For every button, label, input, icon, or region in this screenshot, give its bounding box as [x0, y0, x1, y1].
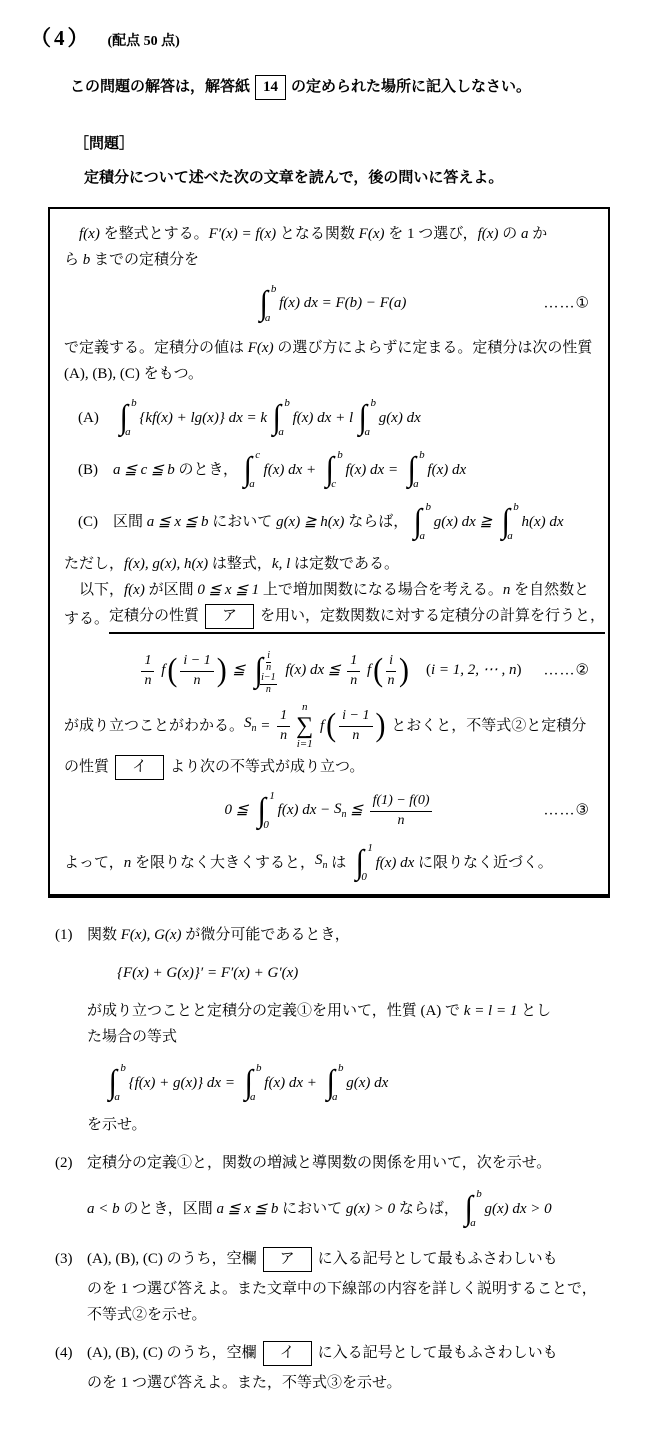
text-run: か [528, 221, 547, 247]
denominator: n [180, 672, 213, 689]
text-line: (A), (B), (C) をもつ。 [64, 361, 596, 387]
text-run: が微分可能であるとき， [182, 922, 350, 948]
open-paren: ( [373, 655, 383, 687]
text-run: において [278, 1196, 346, 1222]
math-run: f [316, 713, 324, 739]
math-run: f [363, 662, 371, 679]
text-run: とし [517, 998, 551, 1024]
numerator: i − 1 [339, 708, 372, 726]
math-run: f(x) dx + [261, 1070, 321, 1096]
question-text: (A), (B), (C) のうち，空欄アに入る記号として最もふさわしいも [87, 1246, 622, 1272]
integral: ∫ba [407, 449, 422, 491]
integral: ∫ba [358, 397, 373, 439]
paren-group: (i − 1n) [167, 653, 226, 688]
integral-bound: in [266, 651, 271, 673]
integral-bound: a [470, 1218, 476, 1229]
text-line: a < b のとき，区間 a ≦ x ≦ b において g(x) > 0 ならば… [87, 1188, 622, 1230]
exam-page: （4） (配点 50 点) この問題の解答は，解答紙14の定められた場所に記入し… [0, 0, 650, 1440]
integral-bound: a [507, 531, 513, 542]
integral-bound: b [513, 502, 519, 513]
text-run: を 1 つ選び， [384, 221, 477, 247]
text-line: のを 1 つ選び答えよ。また文章中の下線部の内容を詳しく説明することで， [87, 1276, 622, 1302]
text-line: 以下，f(x) が区間 0 ≦ x ≦ 1 上で増加関数になる場合を考える。n … [64, 577, 596, 603]
integral-bound: b [370, 398, 376, 409]
text-run: の選び方によらずに定まる。定積分は次の性質 [274, 335, 593, 361]
math-run: ≦ [347, 802, 367, 819]
integral-bound: b [337, 450, 343, 461]
integral: ∫ini−1n [254, 650, 280, 692]
integral-bound: b [256, 1063, 262, 1074]
problem-heading: （4） (配点 50 点) [30, 22, 622, 52]
text-run: 関数 [87, 922, 121, 948]
integral-bound: a [364, 427, 370, 438]
text-run: のを 1 つ選び答えよ。また，不等式③を示せ。 [87, 1370, 402, 1396]
text-line: (B) a ≦ c ≦ b のとき，∫ca f(x) dx + ∫bc f(x)… [78, 449, 596, 491]
blank-answer-box: ア [263, 1247, 312, 1272]
open-paren: ( [326, 710, 336, 742]
integral: ∫ba [108, 1062, 123, 1104]
text-line: する。定積分の性質アを用い，定数関数に対する定積分の計算を行うと， [64, 603, 596, 634]
text-line: 不等式②を示せ。 [87, 1302, 622, 1328]
integral-bound: a [420, 531, 426, 542]
integral-bound: 1 [367, 843, 373, 854]
question-item: (3)(A), (B), (C) のうち，空欄アに入る記号として最もふさわしいも [55, 1246, 622, 1272]
integral-bound: a [249, 479, 255, 490]
text-run: 定積分の定義①と，関数の増減と導関数の関係を用いて，次を示せ。 [87, 1150, 551, 1176]
text-run: ) [517, 662, 522, 679]
close-paren: ) [217, 655, 227, 687]
math-run: b [83, 247, 91, 273]
math-run: = [257, 713, 275, 739]
question-number: (3) [55, 1246, 87, 1272]
denominator: n [386, 672, 396, 689]
text-run: とおくと，不等式②と定積分 [388, 713, 587, 739]
integral-bounds: ca [252, 449, 258, 491]
text-run: の [498, 221, 521, 247]
math-run: f(x), g(x), h(x) [124, 551, 208, 577]
fraction: 1n [141, 653, 154, 688]
blank-answer-box: イ [263, 1341, 312, 1366]
sum-upper-limit: n [302, 702, 308, 713]
integral-bound: a [125, 427, 131, 438]
integral-bound: a [332, 1092, 338, 1103]
math-run: ≦ [229, 662, 249, 679]
text-run: のとき，区間 [120, 1196, 217, 1222]
text-line: (A) ∫ba {kf(x) + lg(x)} dx = k∫ba f(x) d… [78, 397, 596, 439]
math-run: f(x) dx [372, 850, 414, 876]
integral-bound: b [131, 398, 137, 409]
text-run: よって， [64, 850, 124, 876]
question-item: (4)(A), (B), (C) のうち，空欄イに入る記号として最もふさわしいも [55, 1340, 622, 1366]
integral: ∫ba [272, 397, 287, 439]
question-text: 関数 F(x), G(x) が微分可能であるとき， [87, 922, 622, 948]
text-run: の定められた場所に記入しなさい。 [291, 74, 531, 100]
integral: ∫10 [355, 842, 370, 884]
text-run: を用い，定数関数に対する定積分の計算を行うと， [260, 603, 605, 629]
blank-answer-box: 14 [255, 75, 286, 100]
math-run: g(x) dx ≧ [430, 509, 496, 535]
math-run: {kf(x) + lg(x)} dx = k [136, 405, 267, 431]
sigma-sign: ∑ [296, 714, 313, 738]
math-run: f(x) dx = [342, 457, 402, 483]
fraction: in [266, 651, 271, 673]
math-var-subscripted: Sn [244, 710, 257, 742]
text-line: ∫ba {f(x) + g(x)} dx = ∫ba f(x) dx + ∫ba… [103, 1062, 622, 1104]
text-run: が成り立つことがわかる。 [64, 713, 244, 739]
text-line: ら b までの定積分を [64, 247, 596, 273]
math-run: f(x) [478, 221, 499, 247]
question-item: (2)定積分の定義①と，関数の増減と導関数の関係を用いて，次を示せ。 [55, 1150, 622, 1176]
math-run: F(x), G(x) [121, 922, 182, 948]
text-run: (A), (B), (C) をもつ。 [64, 361, 203, 387]
integral-bounds: ba [510, 501, 516, 543]
integral-bound: 0 [361, 872, 367, 883]
fraction: in [386, 653, 396, 688]
integral-bound: c [331, 479, 336, 490]
equation-tag: ……③ [544, 802, 590, 819]
answer-sheet-instruction: この問題の解答は，解答紙14の定められた場所に記入しなさい。 [70, 74, 622, 100]
text-run: (C) 区間 [78, 509, 147, 535]
math-run: a [521, 221, 529, 247]
text-run: は定数である。 [290, 551, 399, 577]
math-run: a ≦ x ≦ b [147, 509, 209, 535]
text-line: た場合の等式 [87, 1024, 622, 1050]
math-run: 0 ≦ x ≦ 1 [197, 577, 259, 603]
numerator: 1 [277, 708, 290, 726]
text-run: (A) [78, 405, 114, 431]
text-line: で定義する。定積分の値は F(x) の選び方によらずに定まる。定積分は次の性質 [64, 335, 596, 361]
close-paren: ) [376, 710, 386, 742]
text-run: となる関数 [276, 221, 359, 247]
display-formula: ∫ba f(x) dx = F(b) − F(a)……① [64, 283, 596, 325]
math-run: g(x) ≧ h(x) [276, 509, 344, 535]
mondai-label: ［問題］ [74, 132, 622, 153]
text-run: を限りなく大きくすると， [131, 850, 315, 876]
integral-bound: b [120, 1063, 126, 1074]
integral-bounds: ba [281, 397, 287, 439]
question-text: 定積分の定義①と，関数の増減と導関数の関係を用いて，次を示せ。 [87, 1150, 622, 1176]
lead-sentence: 定積分について述べた次の文章を読んで，後の問いに答えよ。 [84, 166, 622, 187]
math-var-subscripted: Sn [315, 847, 328, 879]
integral-bound: b [426, 502, 432, 513]
math-run: f(x) dx + l [289, 405, 353, 431]
reading-passage-box: f(x) を整式とする。F′(x) = f(x) となる関数 F(x) を 1 … [48, 207, 610, 898]
integral-bounds: bc [334, 449, 340, 491]
problem-number: （4） [30, 22, 92, 52]
text-line: のを 1 つ選び答えよ。また，不等式③を示せ。 [87, 1370, 622, 1396]
denominator: n [347, 672, 360, 689]
math-run: i = 1, 2, ⋯ , n [431, 662, 517, 679]
text-run: ならば， [395, 1196, 459, 1222]
integral-bounds: ba [416, 449, 422, 491]
text-line: {F(x) + G(x)}′ = F′(x) + G′(x) [117, 960, 622, 986]
math-run: {F(x) + G(x)}′ = F′(x) + G′(x) [117, 960, 298, 986]
math-var-subscripted: Sn [334, 801, 347, 821]
integral-bound: b [284, 398, 290, 409]
denominator: n [260, 685, 277, 696]
math-run: n [503, 577, 511, 603]
numerator: f(1) − f(0) [370, 793, 433, 811]
text-run: は [327, 850, 350, 876]
integral-bound: b [271, 284, 277, 295]
text-run: (B) [78, 457, 113, 483]
equation-tag: ……② [544, 662, 590, 679]
question-item: (1)関数 F(x), G(x) が微分可能であるとき， [55, 922, 622, 948]
math-run: a < b [87, 1196, 120, 1222]
close-paren: ) [399, 655, 409, 687]
integral-bounds: 10 [266, 790, 272, 832]
text-run: 上で増加関数になる場合を考える。 [259, 577, 503, 603]
math-run: n [124, 850, 132, 876]
paren-group: (in) [373, 653, 409, 688]
integral: ∫bc [325, 449, 340, 491]
integral-bounds: ba [423, 501, 429, 543]
text-run: は整式， [208, 551, 272, 577]
integral-bounds: ba [117, 1062, 123, 1104]
question-text: (A), (B), (C) のうち，空欄イに入る記号として最もふさわしいも [87, 1340, 622, 1366]
text-run: より次の不等式が成り立つ。 [170, 754, 364, 780]
text-run: ならば， [344, 509, 408, 535]
text-run: ( [411, 662, 431, 679]
text-run: の性質 [64, 754, 109, 780]
integral-bound: 1 [269, 791, 275, 802]
text-line: f(x) を整式とする。F′(x) = f(x) となる関数 F(x) を 1 … [64, 221, 596, 247]
math-run: k, l [272, 551, 290, 577]
integral-bounds: ini−1n [263, 650, 280, 692]
integral: ∫ba [119, 397, 134, 439]
paren-content: i − 1n [336, 708, 375, 743]
text-run: に限りなく近づく。 [414, 850, 552, 876]
numerator: 1 [347, 653, 360, 671]
text-line: を示せ。 [87, 1112, 622, 1138]
denominator: n [141, 672, 154, 689]
math-run: F(x) [359, 221, 385, 247]
fraction: 1n [277, 708, 290, 743]
math-run: f(x) dx + [260, 457, 320, 483]
math-run: g(x) > 0 [346, 1196, 395, 1222]
integral-bound: a [250, 1092, 256, 1103]
fraction: i − 1n [180, 653, 213, 688]
text-run: を示せ。 [87, 1112, 147, 1138]
text-line: が成り立つことと定積分の定義①を用いて，性質 (A) で k = l = 1 と… [87, 998, 622, 1024]
text-run: ただし， [64, 551, 124, 577]
math-run: g(x) dx [375, 405, 421, 431]
open-paren: ( [167, 655, 177, 687]
math-run: k = l = 1 [464, 998, 518, 1024]
text-run: のとき， [175, 457, 238, 483]
math-run: f(x) dx − [274, 802, 334, 819]
math-run: f(x) [79, 221, 100, 247]
fraction: 1n [347, 653, 360, 688]
math-run: F(x) [248, 335, 274, 361]
fraction: f(1) − f(0)n [370, 793, 433, 828]
display-formula: 0 ≦ ∫10 f(x) dx − Sn ≦ f(1) − f(0)n……③ [64, 790, 596, 832]
text-run: が区間 [145, 577, 198, 603]
denominator: n [370, 812, 433, 829]
integral-bound: 0 [263, 820, 269, 831]
math-run: {f(x) + g(x)} dx = [125, 1070, 239, 1096]
math-run: g(x) dx > 0 [481, 1196, 552, 1222]
integral-bound: i−1n [260, 673, 277, 695]
math-run: h(x) dx [518, 509, 564, 535]
integral: ∫ba [413, 501, 428, 543]
integral-bounds: ba [473, 1188, 479, 1230]
text-run: 以下， [64, 577, 124, 603]
math-run: f(x) dx ≦ [282, 662, 345, 679]
integral-bounds: ba [335, 1062, 341, 1104]
integral: ∫ba [501, 501, 516, 543]
text-run [64, 221, 79, 247]
text-line: (C) 区間 a ≦ x ≦ b において g(x) ≧ h(x) ならば，∫b… [78, 501, 596, 543]
text-run: 定積分の性質 [109, 603, 199, 629]
math-run: f(x) [124, 577, 145, 603]
integral-bound: a [413, 479, 419, 490]
points-label: (配点 50 点) [108, 30, 180, 50]
integral-bound: b [338, 1063, 344, 1074]
math-run: a ≦ x ≦ b [217, 1196, 279, 1222]
integral-bound: b [476, 1189, 482, 1200]
integral-bound: c [255, 450, 260, 461]
integral: ∫ca [243, 449, 258, 491]
question-number: (1) [55, 922, 87, 948]
text-run: に入る記号として最もふさわしいも [318, 1246, 558, 1272]
blank-answer-box: ア [205, 604, 254, 629]
numerator: i − 1 [180, 653, 213, 671]
math-run: F′(x) = f(x) [209, 221, 277, 247]
numerator: i [266, 651, 271, 663]
text-line: が成り立つことがわかる。Sn = 1nn∑i=1 f(i − 1n) とおくと，… [64, 702, 596, 750]
text-run: 不等式②を示せ。 [87, 1302, 207, 1328]
integral-bound: b [419, 450, 425, 461]
integral-bounds: ba [268, 283, 274, 325]
sum-lower-limit: i=1 [297, 739, 313, 750]
math-run: 0 ≦ [225, 802, 253, 819]
text-run: を自然数と [510, 577, 589, 603]
numerator: 1 [141, 653, 154, 671]
numerator: i−1 [260, 673, 277, 685]
text-line: の性質イより次の不等式が成り立つ。 [64, 754, 596, 780]
text-run: た場合の等式 [87, 1024, 177, 1050]
integral-bound: a [278, 427, 284, 438]
question-number: (4) [55, 1340, 87, 1366]
integral: ∫ba [244, 1062, 259, 1104]
integral: ∫ba [326, 1062, 341, 1104]
integral-bounds: ba [367, 397, 373, 439]
text-run: で定義する。定積分の値は [64, 335, 248, 361]
text-run: のを 1 つ選び答えよ。また文章中の下線部の内容を詳しく説明することで， [87, 1276, 597, 1302]
integral-bound: a [265, 313, 271, 324]
integral: ∫ba [259, 283, 274, 325]
math-run: f(x) dx = F(b) − F(a) [275, 295, 406, 312]
text-run: において [209, 509, 277, 535]
paren-content: i − 1n [177, 653, 216, 688]
text-line: ただし，f(x), g(x), h(x) は整式，k, l は定数である。 [64, 551, 596, 577]
equation-tag: ……① [544, 295, 590, 312]
text-run: この問題の解答は，解答紙 [70, 74, 250, 100]
blank-answer-box: イ [115, 755, 164, 780]
summation: n∑i=1 [296, 702, 313, 750]
integral-bound: a [114, 1092, 120, 1103]
text-run: (A), (B), (C) のうち，空欄 [87, 1340, 257, 1366]
math-run: g(x) dx [342, 1070, 388, 1096]
text-run: ら [64, 247, 83, 273]
numerator: i [386, 653, 396, 671]
fraction: i−1n [260, 673, 277, 695]
text-run: が成り立つことと定積分の定義①を用いて，性質 (A) で [87, 998, 464, 1024]
math-run: a ≦ c ≦ b [113, 457, 175, 483]
question-number: (2) [55, 1150, 87, 1176]
integral-bounds: ba [128, 397, 134, 439]
denominator: n [339, 727, 372, 744]
fraction: i − 1n [339, 708, 372, 743]
paren-content: in [383, 653, 399, 688]
display-formula: 1n f(i − 1n) ≦ ∫ini−1n f(x) dx ≦ 1n f(in… [64, 650, 596, 692]
text-run: する。 [64, 606, 109, 632]
text-run: (A), (B), (C) のうち，空欄 [87, 1246, 257, 1272]
text-run: に入る記号として最もふさわしいも [318, 1340, 558, 1366]
paren-group: (i − 1n) [326, 708, 385, 743]
underlined-run: 定積分の性質アを用い，定数関数に対する定積分の計算を行うと， [109, 603, 605, 634]
integral-bounds: 10 [364, 842, 370, 884]
integral: ∫ba [464, 1188, 479, 1230]
text-run: を整式とする。 [100, 221, 209, 247]
math-run: f(x) dx [424, 457, 466, 483]
text-line: よって，n を限りなく大きくすると，Sn は ∫10 f(x) dx に限りなく… [64, 842, 596, 884]
text-run: までの定積分を [90, 247, 199, 273]
integral-bounds: ba [253, 1062, 259, 1104]
math-run: f [157, 662, 165, 679]
denominator: n [277, 727, 290, 744]
integral: ∫10 [257, 790, 272, 832]
questions-section: (1)関数 F(x), G(x) が微分可能であるとき，{F(x) + G(x)… [55, 922, 622, 1396]
